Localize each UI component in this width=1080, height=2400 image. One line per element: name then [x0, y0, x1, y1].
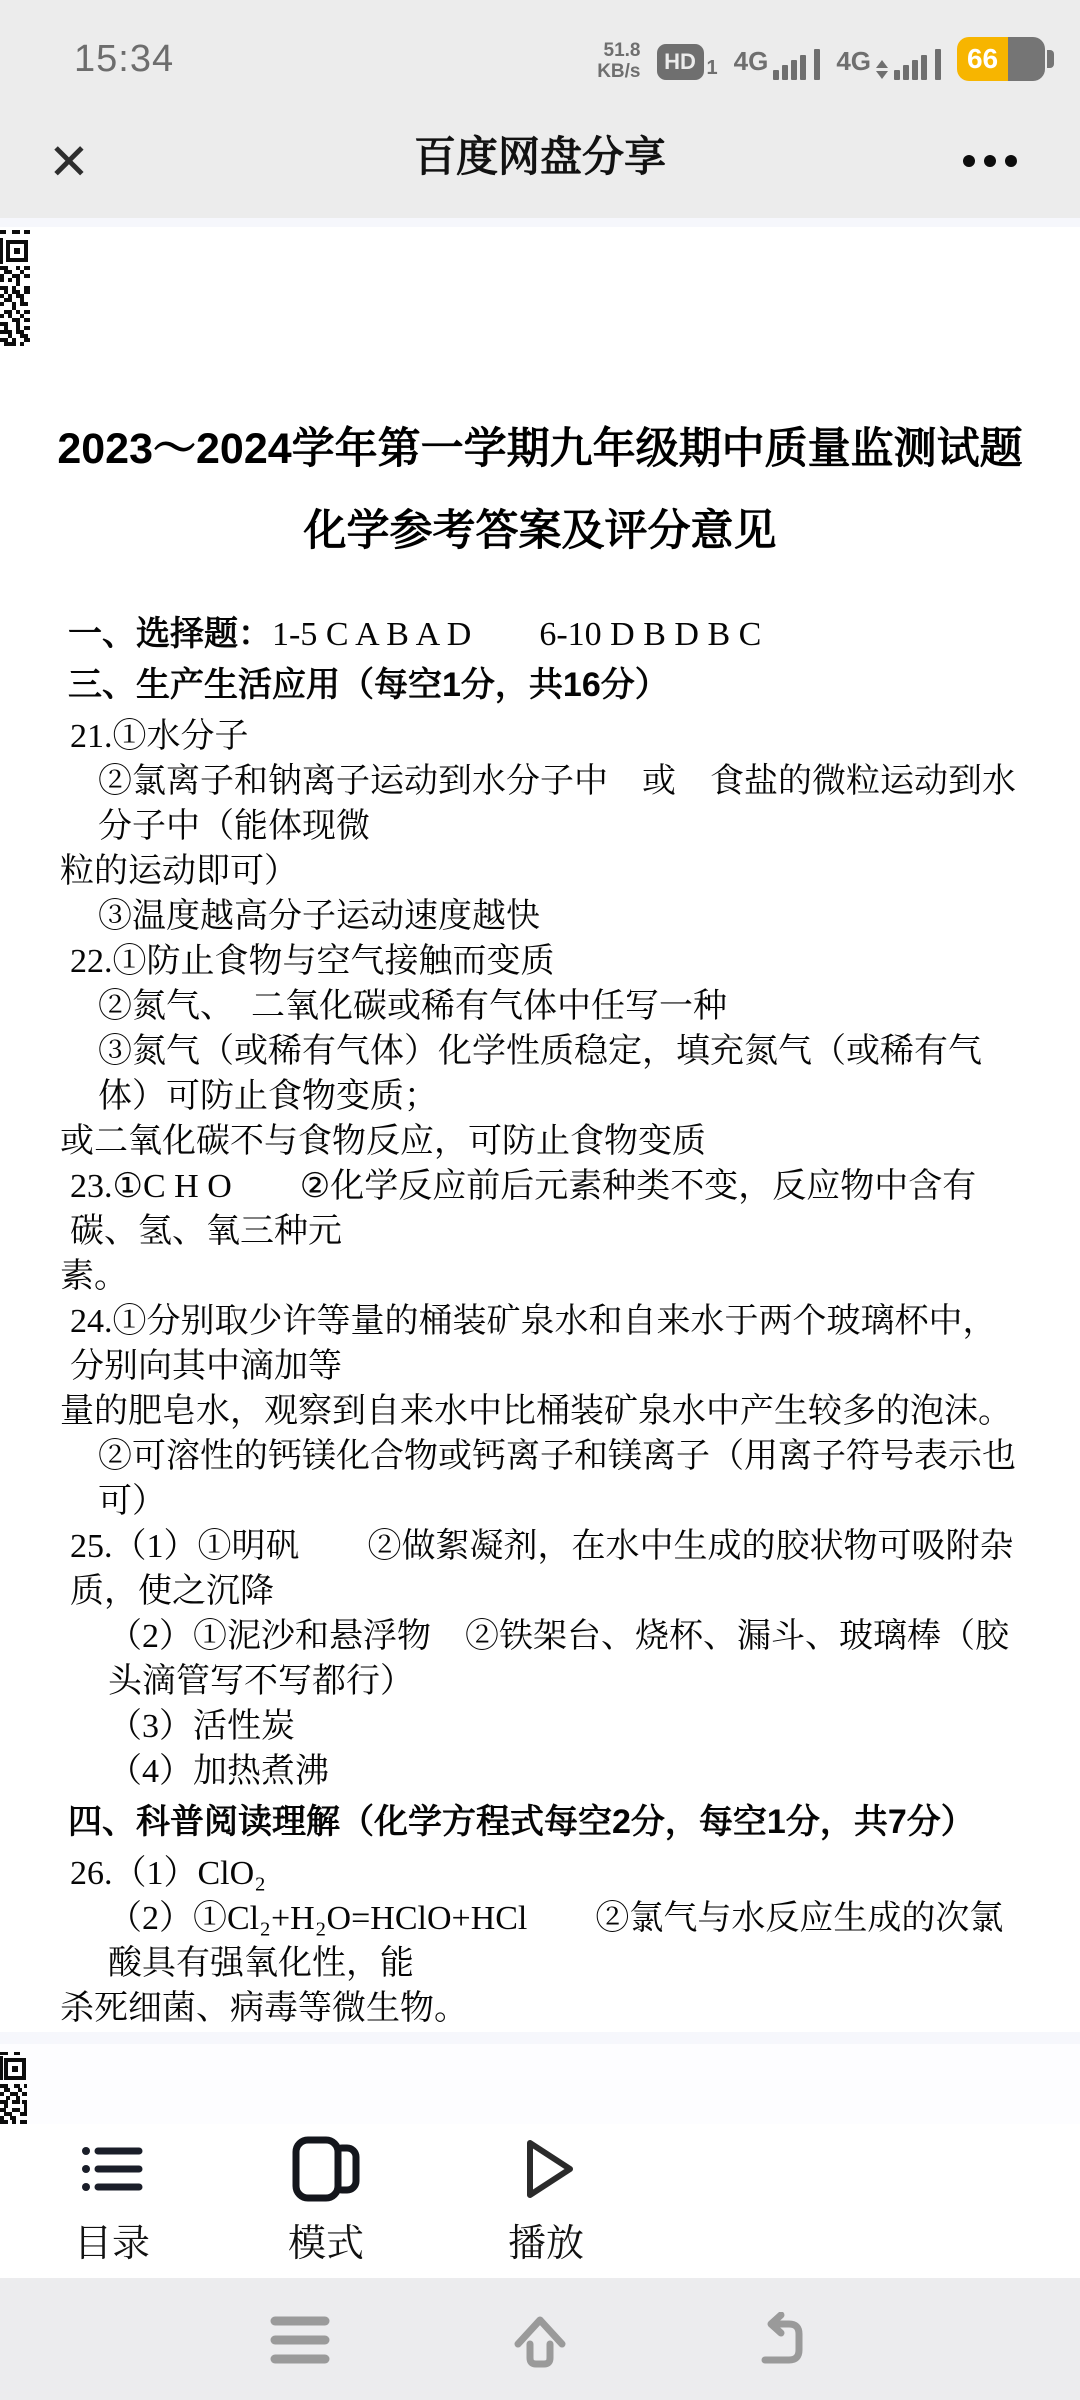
recents-button[interactable] [260, 2300, 340, 2380]
toolbar-item-play[interactable]: 播放 [476, 2134, 616, 2267]
answer-line: 一、选择题：1-5 C A B A D 6-10 D B D B C [60, 612, 1026, 657]
answer-line: 三、生产生活应用（每空1分，共16分） [60, 663, 1026, 708]
book-icon [256, 2134, 396, 2204]
answer-line: ②可溶性的钙镁化合物或钙离子和镁离子（用离子符号表示也可） [60, 1434, 1026, 1524]
home-button[interactable] [500, 2300, 580, 2380]
back-button[interactable] [738, 2300, 818, 2380]
status-bar: 15:34 51.8 KB/s HD 1 4G 4G 66 [0, 0, 1080, 108]
answer-line: （2）①泥沙和悬浮物 ②铁架台、烧杯、漏斗、玻璃棒（胶头滴管写不写都行） [60, 1614, 1026, 1704]
hd-voice-icon: HD 1 [657, 44, 718, 82]
answer-line: （4）加热煮沸 [60, 1749, 1026, 1794]
app-bar: ✕ 百度网盘分享 [0, 108, 1080, 218]
answer-line: 杀死细菌、病毒等微生物。 [60, 1986, 1026, 2031]
answer-line: 22.①防止食物与空气接触而变质 [60, 939, 1026, 984]
signal-icon-sim2: 4G [836, 49, 941, 82]
answer-line: （3）活性炭 [60, 1704, 1026, 1749]
answer-line: ②氯离子和钠离子运动到水分子中 或 食盐的微粒运动到水分子中（能体现微 [60, 759, 1026, 849]
list-icon [42, 2134, 182, 2204]
toolbar-item-mode[interactable]: 模式 [256, 2134, 396, 2267]
toolbar-item-toc[interactable]: 目录 [42, 2134, 182, 2267]
reader-toolbar: 目录 模式 播放 [0, 2124, 1080, 2278]
answer-line: 素。 [60, 1254, 1026, 1299]
time-label: 15:34 [74, 38, 174, 81]
page-top-band [0, 218, 1080, 227]
answer-line: 24.①分别取少许等量的桶装矿泉水和自来水于两个玻璃杯中，分别向其中滴加等 [60, 1299, 1026, 1389]
signal-icon-sim1: 4G [734, 49, 821, 82]
answer-line: 25.（1）①明矾 ②做絮凝剂，在水中生成的胶状物可吸附杂质，使之沉降 [60, 1524, 1026, 1614]
answer-line: 23.①C H O ②化学反应前后元素种类不变，反应物中含有碳、氢、氧三种元 [60, 1164, 1026, 1254]
qr-artifact-bottom [0, 2052, 27, 2124]
answer-line: 21.①水分子 [60, 714, 1026, 759]
menu-icon [270, 2314, 330, 2366]
answer-line: 四、科普阅读理解（化学方程式每空2分，每空1分，共7分） [60, 1800, 1026, 1845]
qr-artifact-top [0, 230, 30, 348]
data-updown-icon [876, 60, 888, 80]
more-menu-icon [963, 155, 975, 167]
doc-title-line2: 化学参考答案及评分意见 [0, 497, 1080, 558]
answer-line: ③温度越高分子运动速度越快 [60, 894, 1026, 939]
header-area: 15:34 51.8 KB/s HD 1 4G 4G 66 [0, 0, 1080, 218]
answer-line: ②氮气、 二氧化碳或稀有气体中任写一种 [60, 984, 1026, 1029]
back-icon [749, 2312, 807, 2368]
answer-line: ③氮气（或稀有气体）化学性质稳定，填充氮气（或稀有气体）可防止食物变质； [60, 1029, 1026, 1119]
doc-title-line1: 2023～2024学年第一学期九年级期中质量监测试题 [0, 415, 1080, 476]
next-page-sliver [0, 2044, 1080, 2124]
answer-line: 量的肥皂水，观察到自来水中比桶装矿泉水中产生较多的泡沫。 [60, 1389, 1026, 1434]
document-page[interactable]: 2023～2024学年第一学期九年级期中质量监测试题 化学参考答案及评分意见 一… [0, 218, 1080, 2032]
play-icon [476, 2134, 616, 2204]
toolbar-label-toc: 目录 [42, 2212, 182, 2267]
answer-lines: 一、选择题：1-5 C A B A D 6-10 D B D B C三、生产生活… [0, 612, 1080, 2211]
answer-line: 26.（1）ClO₂ [60, 1851, 1026, 1896]
answer-line: 或二氧化碳不与食物反应，可防止食物变质 [60, 1119, 1026, 1164]
toolbar-label-play: 播放 [476, 2212, 616, 2267]
page-bottom-band [0, 2032, 1080, 2044]
more-button[interactable] [950, 136, 1030, 186]
system-navbar [0, 2278, 1080, 2400]
battery-percent: 66 [957, 37, 1008, 81]
answer-line: （2）①Cl₂+H₂O=HClO+HCl ②氯气与水反应生成的次氯酸具有强氧化性… [60, 1896, 1026, 1986]
toolbar-label-mode: 模式 [256, 2212, 396, 2267]
home-icon [508, 2310, 572, 2370]
page-title: 百度网盘分享 [0, 108, 1080, 200]
battery-indicator: 66 [957, 37, 1054, 82]
answer-line: 粒的运动即可） [60, 849, 1026, 894]
network-speed: 51.8 KB/s [597, 40, 640, 82]
